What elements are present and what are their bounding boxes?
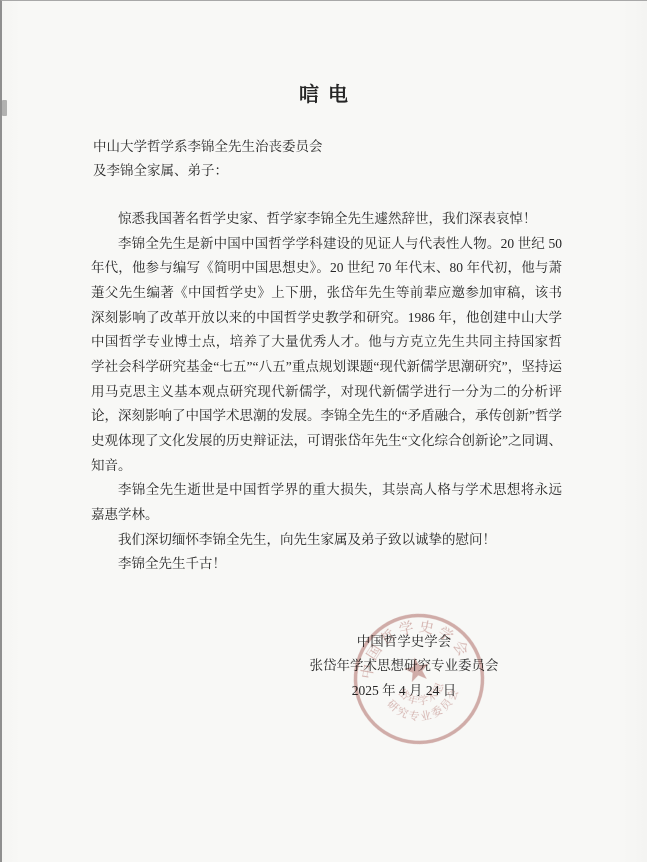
official-seal-stamp: 中国哲学史学会 张岱年学术思想 研究专业委员会 [336, 596, 502, 762]
body-text-block: 惊悉我国著名哲学史家、哲学家李锦全先生遽然辞世，我们深表哀悼！ 李锦全先生是新中… [91, 207, 562, 577]
salutation-line-committee: 中山大学哲学系李锦全先生治丧委员会 [93, 135, 323, 159]
salutation-line-family: 及李锦全家属、弟子： [93, 159, 323, 183]
star-icon [402, 655, 431, 683]
seal-ring [344, 604, 495, 755]
salutation-block: 中山大学哲学系李锦全先生治丧委员会 及李锦全家属、弟子： [93, 135, 323, 182]
paragraph-biography: 李锦全先生是新中国中国哲学学科建设的见证人与代表性人物。20 世纪 50 年代，… [91, 232, 562, 479]
paragraph-condolence-opening: 惊悉我国著名哲学史家、哲学家李锦全先生遽然辞世，我们深表哀悼！ [91, 207, 562, 232]
paragraph-sympathy: 我们深切缅怀李锦全先生，向先生家属及弟子致以诚挚的慰问！ [91, 528, 562, 553]
paragraph-loss-statement: 李锦全先生逝世是中国哲学界的重大损失，其崇高人格与学术思想将永远嘉惠学林。 [91, 478, 562, 527]
document-page: 唁 电 中山大学哲学系李锦全先生治丧委员会 及李锦全家属、弟子： 惊悉我国著名哲… [0, 0, 647, 862]
paragraph-farewell: 李锦全先生千古！ [91, 552, 562, 577]
document-title: 唁 电 [2, 78, 647, 107]
